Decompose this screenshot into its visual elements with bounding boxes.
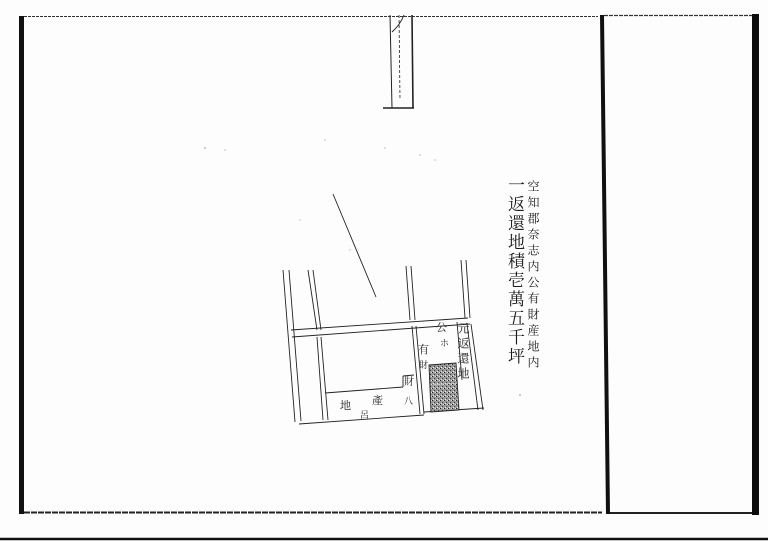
title-main: 一返還地積壱萬五千坪 bbox=[505, 176, 522, 366]
scan-noise bbox=[204, 139, 521, 396]
map-label-public-4: 財 bbox=[419, 362, 428, 371]
top-tab-element bbox=[383, 15, 414, 108]
map-label-public-1: 公 bbox=[436, 322, 447, 333]
scan-linework bbox=[0, 0, 768, 541]
map-label-public-2: ホ bbox=[440, 340, 449, 349]
title-sub: 空知郡奈志内公有財産地内 bbox=[527, 180, 539, 372]
map-label-public-3: 有 bbox=[418, 344, 429, 355]
map-label-bottom-3: 八 bbox=[404, 398, 413, 407]
returned-land-parcel bbox=[429, 363, 459, 412]
right-page-frame bbox=[600, 14, 759, 515]
map-label-returned: 元返還地 bbox=[457, 322, 469, 382]
pointer-line bbox=[333, 194, 376, 297]
map-label-bottom-4: 財 bbox=[404, 378, 414, 388]
map-label-bottom-1: 地 bbox=[340, 400, 351, 411]
map-label-bottom-5: 呂 bbox=[360, 412, 369, 421]
scanned-document-page: 一返還地積壱萬五千坪 空知郡奈志内公有財産地内 公 ホ 有 財 元返還地 地 產… bbox=[0, 0, 768, 541]
map-label-bottom-2: 產 bbox=[372, 395, 383, 406]
